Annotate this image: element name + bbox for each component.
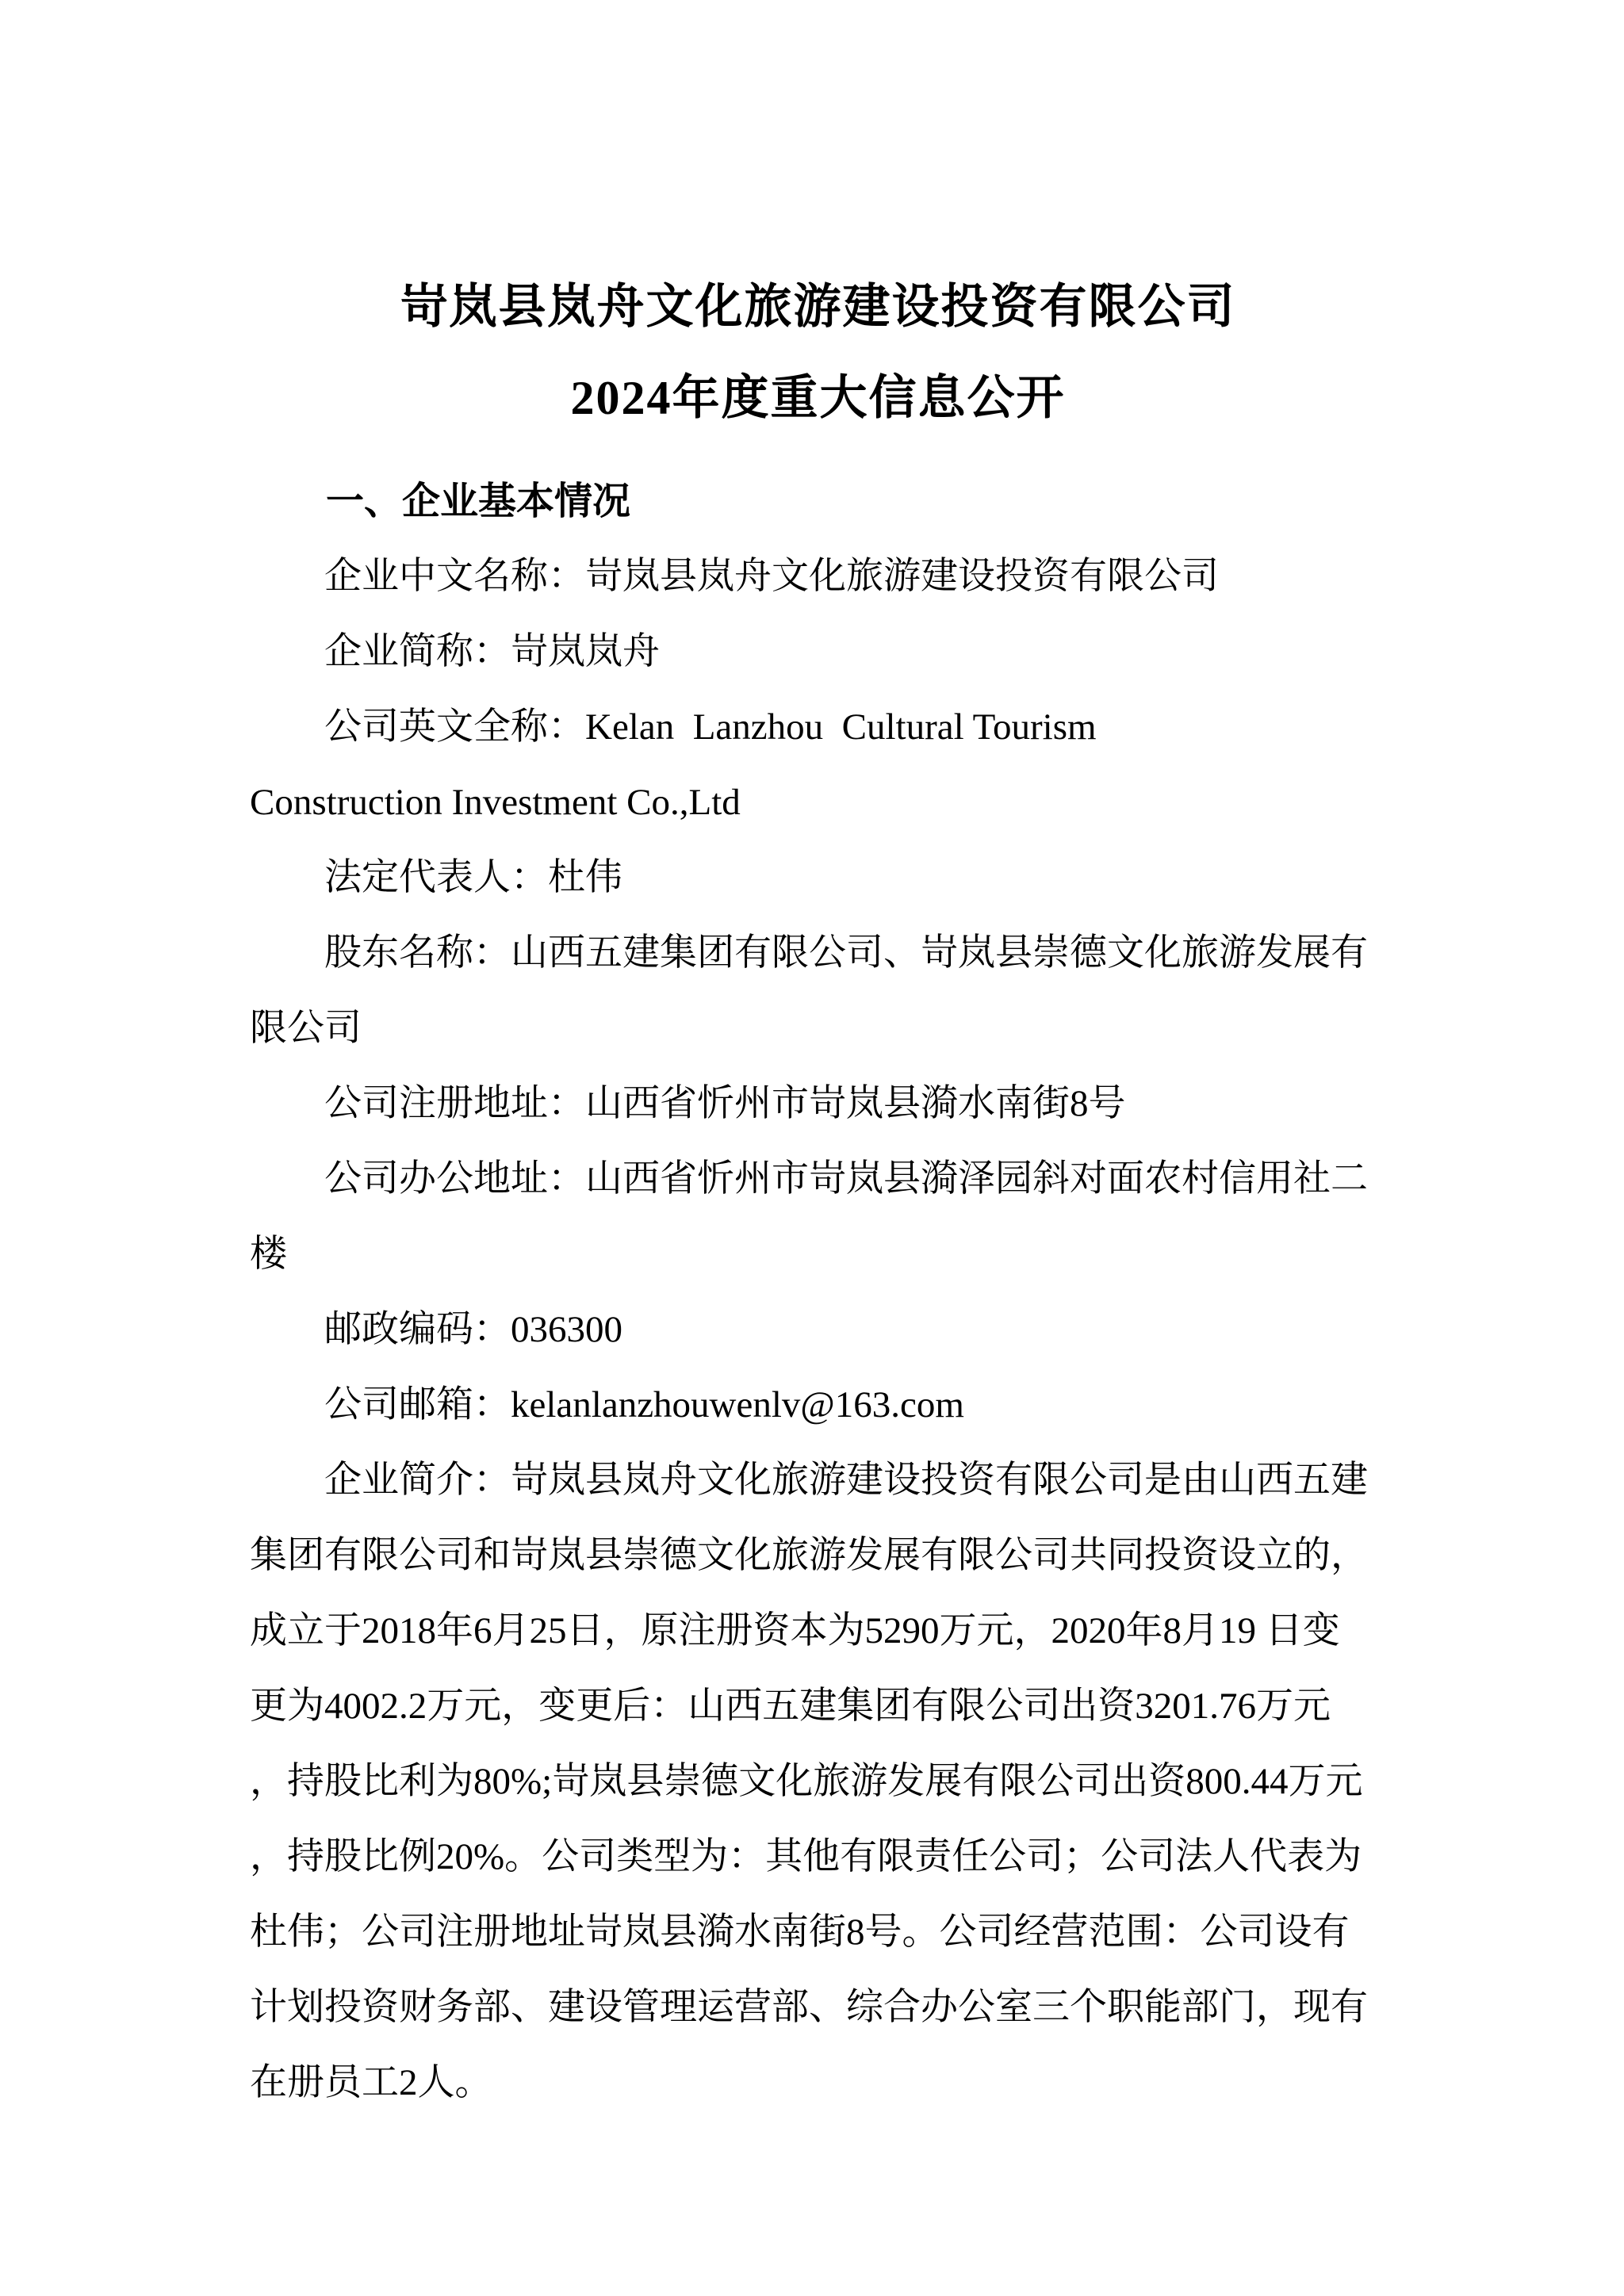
body-line: 更为4002.2万元，变更后：山西五建集团有限公司出资3201.76万元 (250, 1669, 1386, 1744)
body-line: 集团有限公司和岢岚县崇德文化旅游发展有限公司共同投资设立的， (250, 1518, 1386, 1594)
body-line: 股东名称：山西五建集团有限公司、岢岚县崇德文化旅游发展有 (250, 916, 1386, 991)
section-heading: 一、企业基本情况 (250, 464, 1386, 539)
body-line: 杜伟；公司注册地址岢岚县漪水南街8号。公司经营范围：公司设有 (250, 1895, 1386, 1970)
document-body: 企业中文名称：岢岚县岚舟文化旅游建设投资有限公司 企业简称：岢岚岚舟 公司英文全… (250, 539, 1386, 2121)
body-line: ，持股比利为80%;岢岚县崇德文化旅游发展有限公司出资800.44万元 (250, 1744, 1386, 1820)
body-line: 成立于2018年6月25日，原注册资本为5290万元，2020年8月19 日变 (250, 1594, 1386, 1669)
body-line: 限公司 (250, 991, 1386, 1066)
body-line: 邮政编码：036300 (250, 1292, 1386, 1368)
body-line: 法定代表人：杜伟 (250, 840, 1386, 916)
body-line: Construction Investment Co.,Ltd (250, 765, 1386, 840)
title-line-2: 2024年度重大信息公开 (250, 353, 1386, 444)
body-line: 计划投资财务部、建设管理运营部、综合办公室三个职能部门，现有 (250, 1970, 1386, 2045)
document-title: 岢岚县岚舟文化旅游建设投资有限公司 2024年度重大信息公开 (250, 262, 1386, 444)
body-line: 楼 (250, 1217, 1386, 1292)
body-line: 公司英文全称：Kelan Lanzhou Cultural Tourism (250, 690, 1386, 765)
document-page: 岢岚县岚舟文化旅游建设投资有限公司 2024年度重大信息公开 一、企业基本情况 … (0, 0, 1624, 2296)
body-line: 公司办公地址：山西省忻州市岢岚县漪泽园斜对面农村信用社二 (250, 1142, 1386, 1217)
title-line-1: 岢岚县岚舟文化旅游建设投资有限公司 (250, 262, 1386, 353)
body-line: ，持股比例20%。公司类型为：其他有限责任公司；公司法人代表为 (250, 1820, 1386, 1895)
body-line: 企业简称：岢岚岚舟 (250, 614, 1386, 690)
body-line: 企业简介：岢岚县岚舟文化旅游建设投资有限公司是由山西五建 (250, 1443, 1386, 1518)
body-line: 在册员工2人。 (250, 2045, 1386, 2121)
body-line: 公司邮箱：kelanlanzhouwenlv@163.com (250, 1368, 1386, 1443)
body-line: 企业中文名称：岢岚县岚舟文化旅游建设投资有限公司 (250, 539, 1386, 614)
body-line: 公司注册地址：山西省忻州市岢岚县漪水南街8号 (250, 1066, 1386, 1142)
